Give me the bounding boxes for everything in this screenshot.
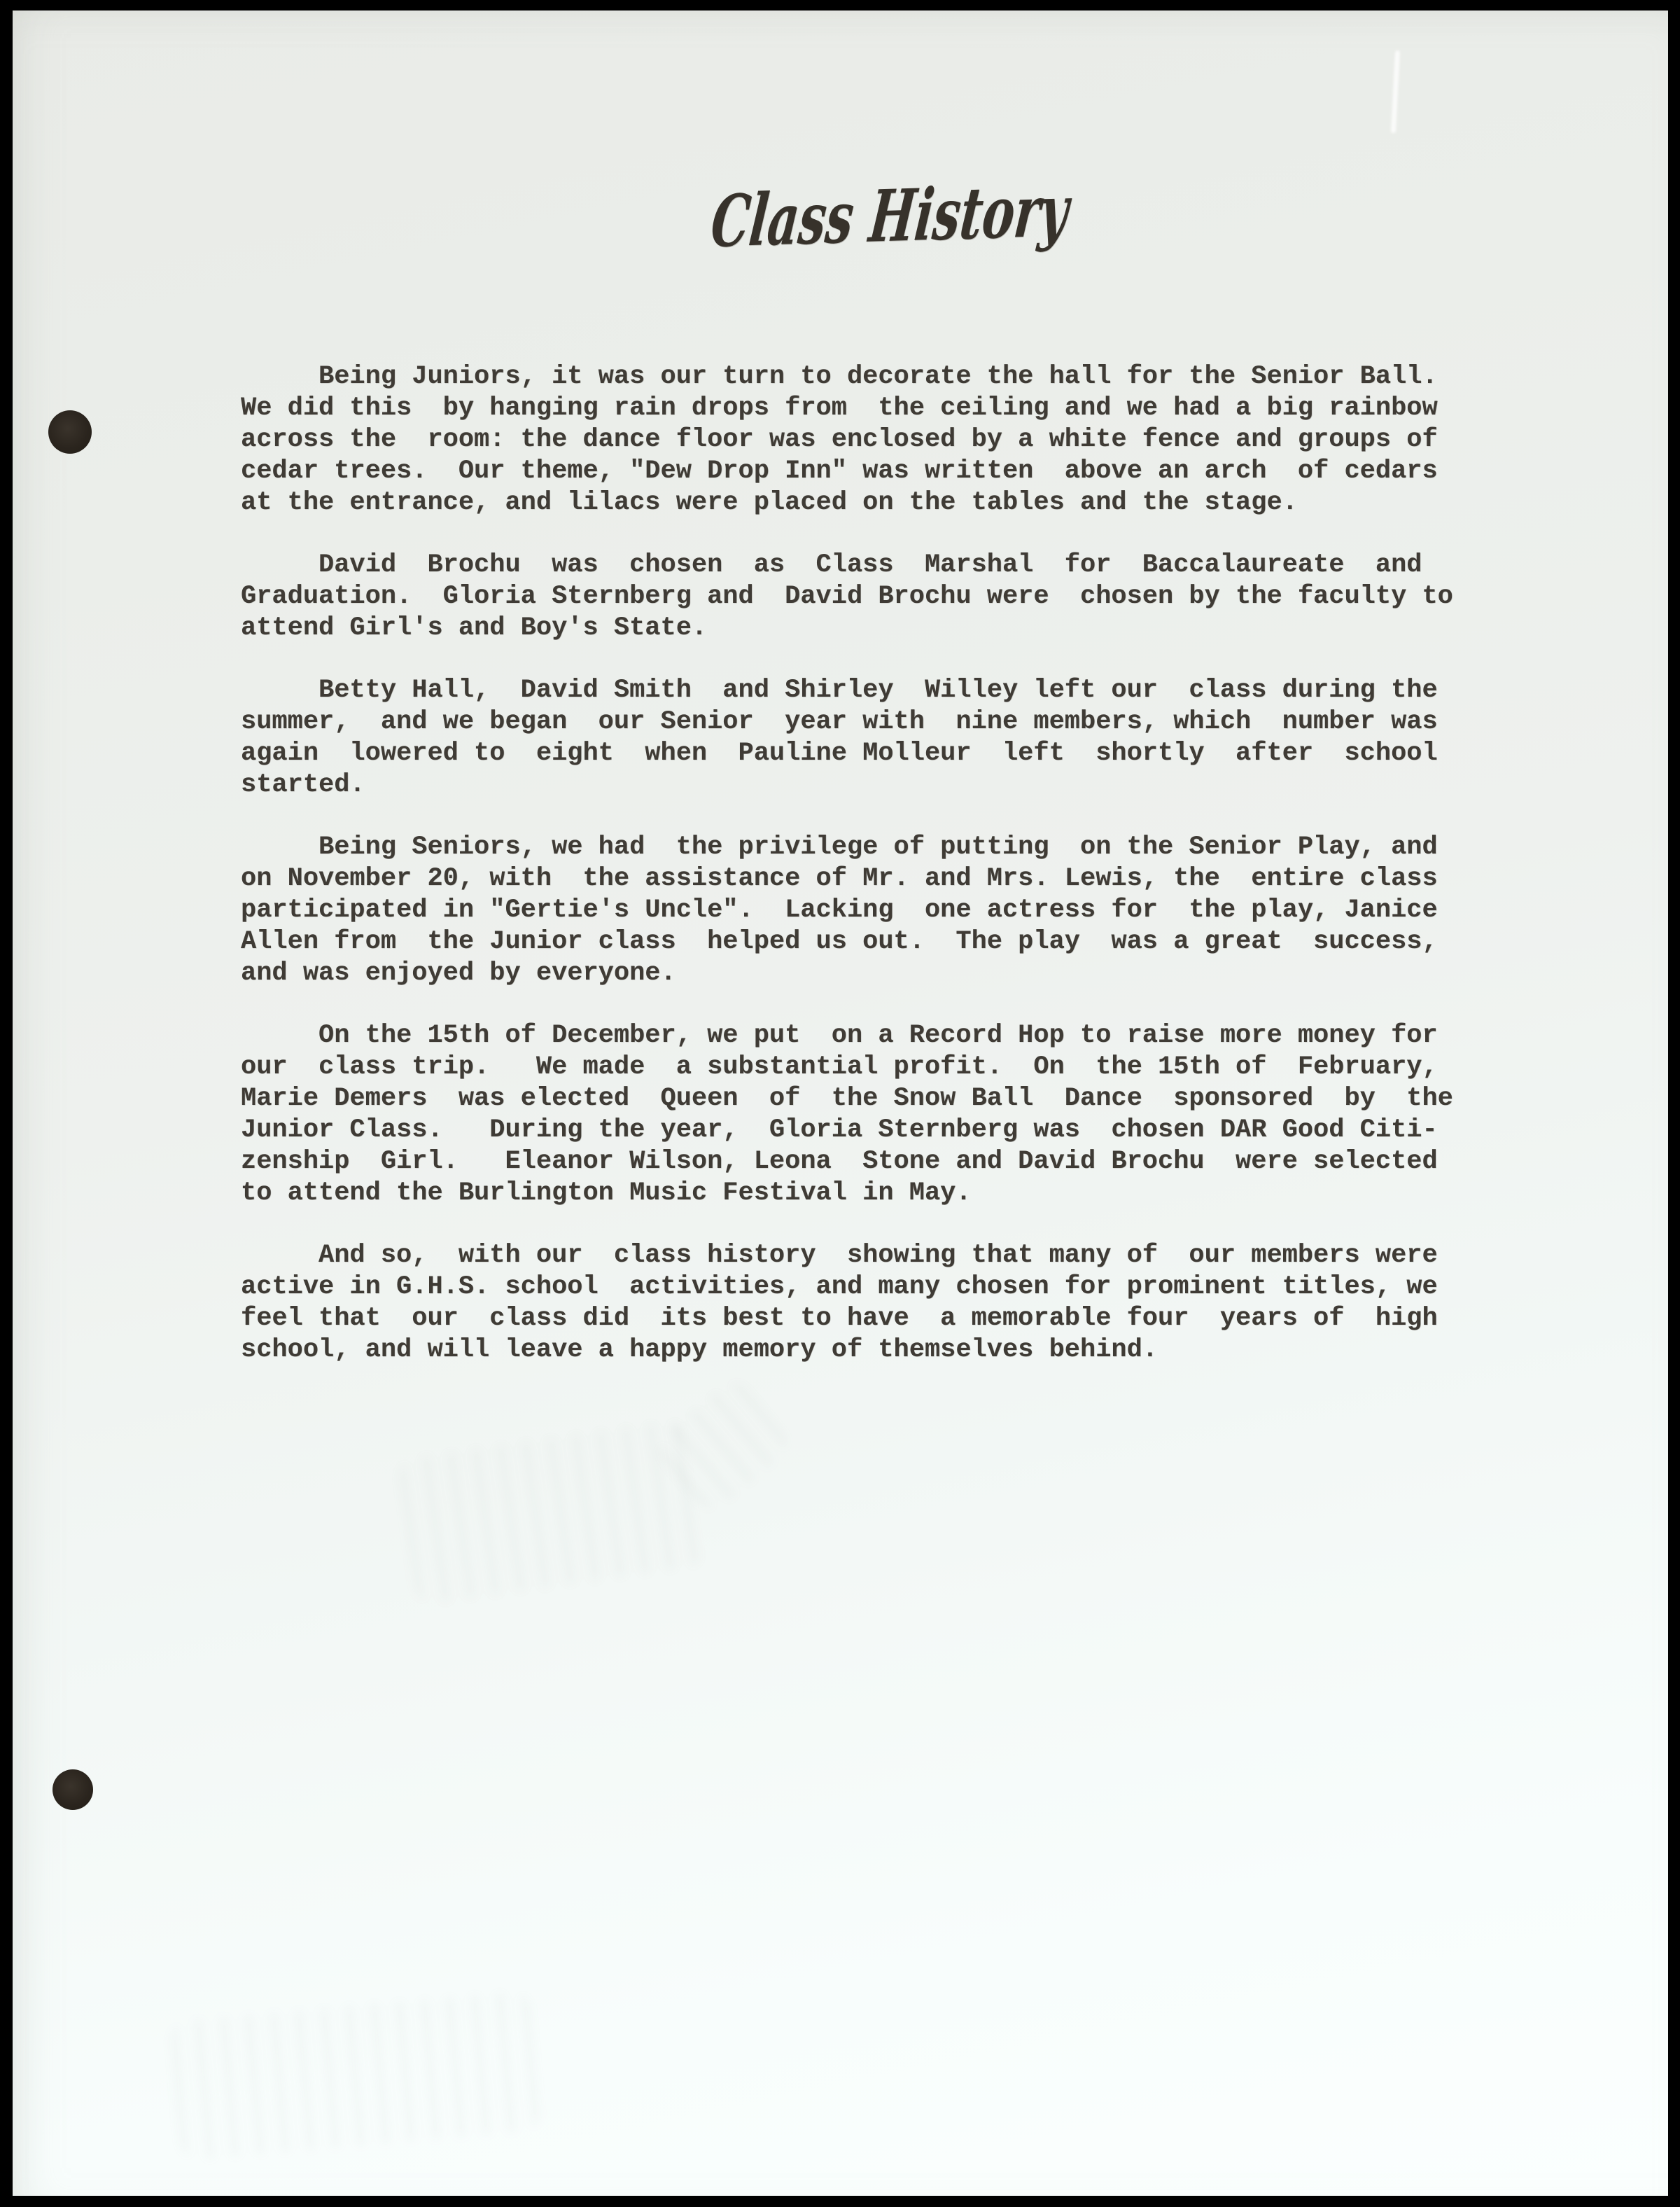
paragraph: Betty Hall, David Smith and Shirley Will… [241, 675, 1453, 801]
document-body: Being Juniors, it was our turn to decora… [241, 361, 1453, 1397]
text-line: Graduation. Gloria Sternberg and David B… [241, 581, 1453, 613]
text-line: started. [241, 770, 1453, 801]
paragraph: On the 15th of December, we put on a Rec… [241, 1020, 1453, 1209]
text-line: cedar trees. Our theme, "Dew Drop Inn" w… [241, 456, 1453, 487]
text-line: attend Girl's and Boy's State. [241, 613, 1453, 644]
ink-ghost-smudge [168, 1991, 542, 2162]
page-title: Class History [708, 175, 1072, 258]
text-line: active in G.H.S. school activities, and … [241, 1272, 1453, 1303]
text-line: at the entrance, and lilacs were placed … [241, 487, 1453, 519]
text-line: We did this by hanging rain drops from t… [241, 393, 1453, 424]
text-line: And so, with our class history showing t… [241, 1240, 1453, 1272]
text-line: to attend the Burlington Music Festival … [241, 1178, 1453, 1209]
text-line: again lowered to eight when Pauline Moll… [241, 738, 1453, 770]
text-line: Junior Class. During the year, Gloria St… [241, 1115, 1453, 1146]
text-line: school, and will leave a happy memory of… [241, 1335, 1453, 1366]
text-line: Betty Hall, David Smith and Shirley Will… [241, 675, 1453, 706]
text-line: summer, and we began our Senior year wit… [241, 706, 1453, 738]
text-line: Being Seniors, we had the privilege of p… [241, 832, 1453, 863]
paragraph: Being Juniors, it was our turn to decora… [241, 361, 1453, 519]
text-line: David Brochu was chosen as Class Marshal… [241, 550, 1453, 581]
text-line: and was enjoyed by everyone. [241, 958, 1453, 989]
text-line: participated in "Gertie's Uncle". Lackin… [241, 895, 1453, 926]
text-line: feel that our class did its best to have… [241, 1303, 1453, 1335]
text-line: zenship Girl. Eleanor Wilson, Leona Ston… [241, 1146, 1453, 1178]
punch-hole-top [48, 410, 92, 454]
text-line: Being Juniors, it was our turn to decora… [241, 361, 1453, 393]
punch-hole-bottom [52, 1769, 93, 1810]
text-line: Marie Demers was elected Queen of the Sn… [241, 1083, 1453, 1115]
text-line: on November 20, with the assistance of M… [241, 863, 1453, 895]
paragraph: David Brochu was chosen as Class Marshal… [241, 550, 1453, 644]
scanned-yearbook-page: Class History Being Juniors, it was our … [0, 0, 1680, 2207]
text-line: Allen from the Junior class helped us ou… [241, 926, 1453, 958]
text-line: our class trip. We made a substantial pr… [241, 1052, 1453, 1083]
paragraph: Being Seniors, we had the privilege of p… [241, 832, 1453, 989]
paragraph: And so, with our class history showing t… [241, 1240, 1453, 1366]
text-line: On the 15th of December, we put on a Rec… [241, 1020, 1453, 1052]
text-line: across the room: the dance floor was enc… [241, 424, 1453, 456]
